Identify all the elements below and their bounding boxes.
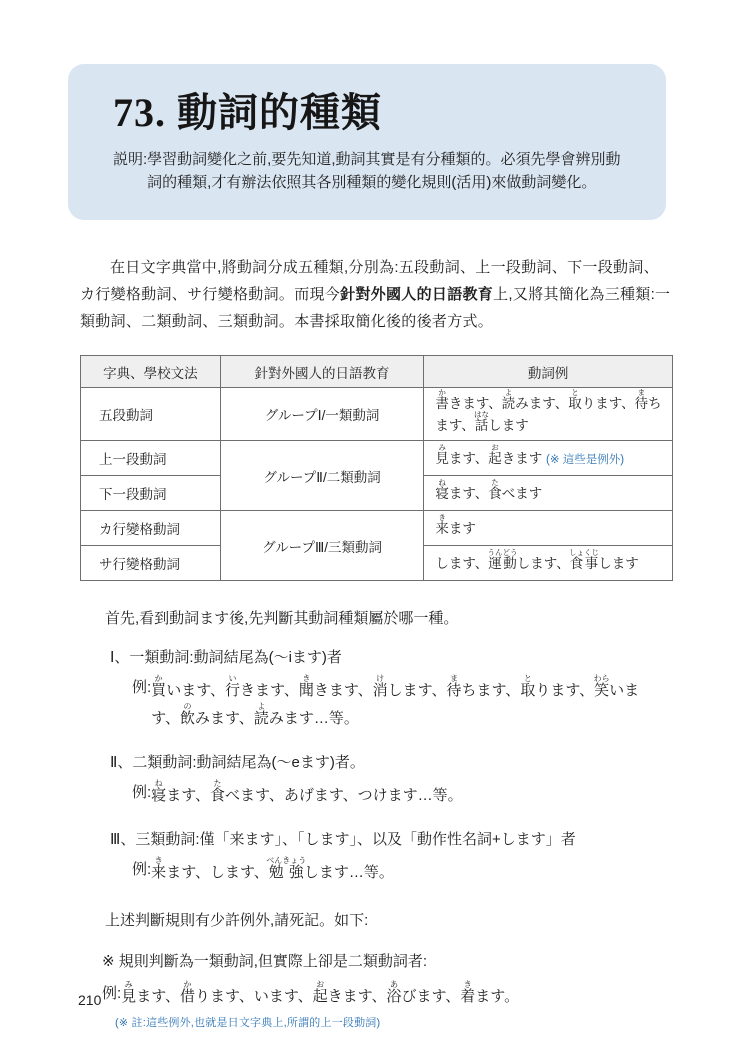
- lesson-header-box: 73. 動詞的種類 説明: 學習動詞變化之前,要先知道,動詞其實是有分種類的。必…: [68, 64, 666, 220]
- cell-examples-group1: 書かきます、読よみます、取とります、待まちます、話はなします: [424, 388, 673, 441]
- section-type1-title: Ⅰ、一類動詞:動詞結尾為(〜iます)者: [110, 646, 672, 670]
- table-row: 五段動詞 グループⅠ/一類動詞 書かきます、読よみます、取とります、待まちます、…: [81, 388, 673, 441]
- table-row: カ行變格動詞 グループⅢ/三類動詞 来きます: [81, 511, 673, 546]
- cell-examples-kami-ichidan: 見みます、起おきます (※ 這些是例外): [424, 441, 673, 476]
- table-header-row: 字典、學校文法 針對外國人的日語教育 動詞例: [81, 356, 673, 388]
- ruby-example-text: 来きます、します、勉強べんきょうします…等。: [151, 856, 394, 887]
- section-type2-title: Ⅱ、二類動詞:動詞結尾為(〜eます)者。: [110, 751, 672, 775]
- section-type2: Ⅱ、二類動詞:動詞結尾為(〜eます)者。 例: 寝ねます、食たべます、あげます、…: [110, 751, 672, 810]
- description-text: 學習動詞變化之前,要先知道,動詞其實是有分種類的。必須先學會辨別動詞的種類,才有…: [147, 148, 628, 194]
- cell-dict-kami-ichidan: 上一段動詞: [81, 441, 221, 476]
- description-label: 説明:: [113, 148, 147, 194]
- section-type3: Ⅲ、三類動詞:僅「来ます」、「します」、以及「動作性名詞+します」者 例: 来き…: [110, 828, 672, 887]
- textbook-page: 73. 動詞的種類 説明: 學習動詞變化之前,要先知道,動詞其實是有分種類的。必…: [0, 0, 750, 1053]
- table-header-verb-examples: 動詞例: [424, 356, 673, 388]
- ruby-examples: 来きます: [435, 521, 476, 536]
- exception-title: ※ 規則判斷為一類動詞,但實際上卻是二類動詞者:: [102, 950, 672, 974]
- exception-inline-note: (※ 這些是例外): [546, 454, 624, 466]
- section-type1-example: 例: 買かいます、行いきます、聞ききます、消けします、待まちます、取とります、笑…: [132, 674, 672, 733]
- cell-group-1: グループⅠ/一類動詞: [220, 388, 424, 441]
- section-type3-example: 例: 来きます、します、勉強べんきょうします…等。: [132, 856, 672, 887]
- table-header-foreigner-education: 針對外國人的日語教育: [220, 356, 424, 388]
- lesson-description: 説明: 學習動詞變化之前,要先知道,動詞其實是有分種類的。必須先學會辨別動詞的種…: [113, 148, 628, 194]
- cell-group-2: グループⅡ/二類動詞: [220, 441, 424, 511]
- ruby-examples: 書かきます、読よみます、取とります、待まちます、話はなします: [435, 396, 661, 433]
- ruby-example-text: 見みます、借かります、います、起おきます、浴あびます、着きます。: [121, 980, 519, 1011]
- ruby-examples: します、運動うんどうします、食事しょくじします: [435, 556, 638, 571]
- cell-examples-sa-henkaku: します、運動うんどうします、食事しょくじします: [424, 546, 673, 581]
- exception-block: ※ 規則判斷為一類動詞,但實際上卻是二類動詞者: 例: 見みます、借かります、い…: [102, 950, 672, 1030]
- cell-dict-ka-henkaku: カ行變格動詞: [81, 511, 221, 546]
- section-type3-title: Ⅲ、三類動詞:僅「来ます」、「します」、以及「動作性名詞+します」者: [110, 828, 672, 852]
- lead-sentence: 首先,看到動詞ます後,先判斷其動詞種類屬於哪一種。: [80, 607, 672, 628]
- ruby-example-text: 買かいます、行いきます、聞ききます、消けします、待まちます、取とります、笑わらい…: [151, 674, 656, 733]
- page-number: 210: [78, 992, 101, 1008]
- cell-group-3: グループⅢ/三類動詞: [220, 511, 424, 581]
- table-row: 上一段動詞 グループⅡ/二類動詞 見みます、起おきます (※ 這些是例外): [81, 441, 673, 476]
- intro-text-bold: 針對外國人的日語教育: [340, 286, 493, 303]
- ruby-example-text: 寝ねます、食たべます、あげます、つけます…等。: [151, 779, 462, 810]
- verb-type-table: 字典、學校文法 針對外國人的日語教育 動詞例 五段動詞 グループⅠ/一類動詞 書…: [80, 355, 673, 581]
- exception-example: 例: 見みます、借かります、います、起おきます、浴あびます、着きます。: [102, 980, 672, 1011]
- example-label: 例:: [132, 674, 151, 733]
- cell-dict-shimo-ichidan: 下一段動詞: [81, 476, 221, 511]
- cell-examples-ka-henkaku: 来きます: [424, 511, 673, 546]
- lesson-title: 73. 動詞的種類: [113, 90, 628, 136]
- intro-paragraph: 在日文字典當中,將動詞分成五種類,分別為:五段動詞、上一段動詞、下一段動詞、カ行…: [80, 254, 672, 335]
- ruby-examples: 見みます、起おきます: [435, 451, 542, 466]
- section-type1: Ⅰ、一類動詞:動詞結尾為(〜iます)者 例: 買かいます、行いきます、聞ききます…: [110, 646, 672, 733]
- example-label: 例:: [132, 779, 151, 810]
- example-label: 例:: [132, 856, 151, 887]
- example-label: 例:: [102, 980, 121, 1011]
- ruby-examples: 寝ねます、食たべます: [435, 486, 542, 501]
- cell-dict-sa-henkaku: サ行變格動詞: [81, 546, 221, 581]
- table-header-dictionary: 字典、學校文法: [81, 356, 221, 388]
- exception-footnote: (※ 註:這些例外,也就是日文字典上,所謂的上一段動詞): [115, 1014, 672, 1030]
- outro-sentence: 上述判斷規則有少許例外,請死記。如下:: [80, 909, 672, 930]
- section-type2-example: 例: 寝ねます、食たべます、あげます、つけます…等。: [132, 779, 672, 810]
- cell-dict-godan: 五段動詞: [81, 388, 221, 441]
- cell-examples-shimo-ichidan: 寝ねます、食たべます: [424, 476, 673, 511]
